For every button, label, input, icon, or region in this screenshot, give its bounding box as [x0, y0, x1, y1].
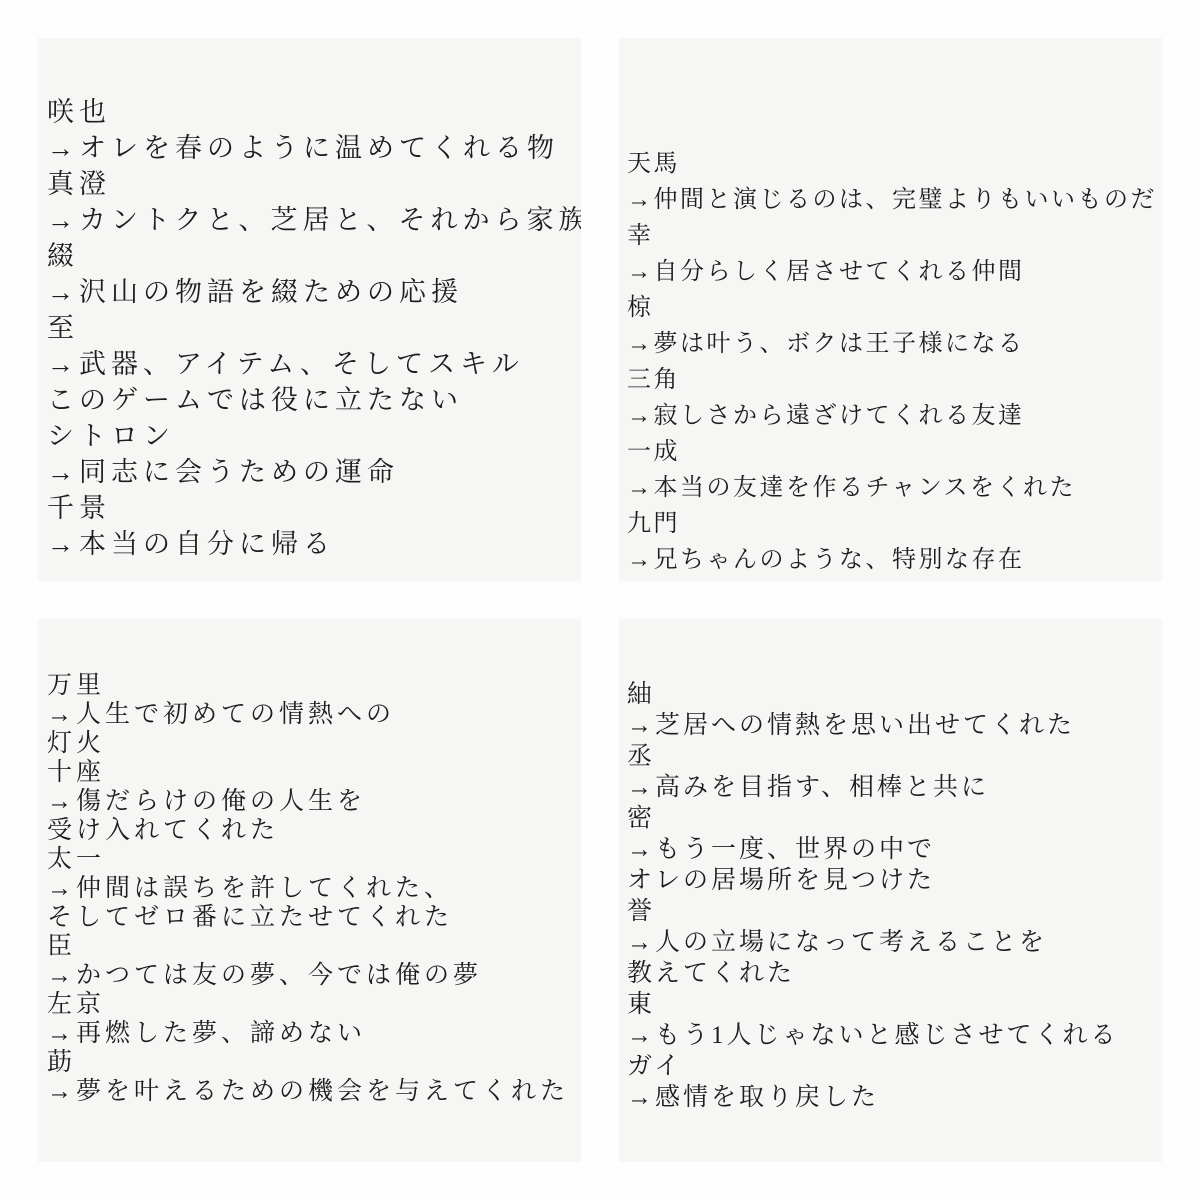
character-name: 千景 — [47, 490, 581, 526]
answer-line: →寂しさから遠ざけてくれる友達 — [627, 398, 1162, 434]
character-name: 臣 — [47, 932, 581, 961]
character-name: 万里 — [47, 671, 581, 700]
answer-line: →もう一度、世界の中で — [627, 834, 1162, 865]
answer-line: オレの居場所を見つけた — [627, 865, 1162, 896]
character-name: 至 — [47, 310, 581, 346]
answer-line: →再燃した夢、諦めない — [47, 1019, 581, 1048]
answer-line: 教えてくれた — [627, 958, 1162, 989]
character-name: ガイ — [627, 1051, 1162, 1082]
answer-line: →同志に会うための運命 — [47, 454, 581, 490]
character-name: 綴 — [47, 238, 581, 274]
answer-line: →カントクと、芝居と、それから家族 — [47, 202, 581, 238]
answer-line: →もう1人じゃないと感じさせてくれる — [627, 1020, 1162, 1051]
character-name: 密 — [627, 803, 1162, 834]
answer-line: →人生で初めての情熱への — [47, 700, 581, 729]
character-name: 十座 — [47, 758, 581, 787]
answer-line: →本当の友達を作るチャンスをくれた — [627, 470, 1162, 506]
answer-line: →沢山の物語を綴ための応援 — [47, 274, 581, 310]
character-name: 一成 — [627, 434, 1162, 470]
character-name: 莇 — [47, 1048, 581, 1077]
character-name: 誉 — [627, 896, 1162, 927]
panel-bottom-left: 万里 →人生で初めての情熱への 灯火 十座 →傷だらけの俺の人生を 受け入れてく… — [38, 619, 581, 1162]
answer-line: →芝居への情熱を思い出せてくれた — [627, 710, 1162, 741]
answer-line: →武器、アイテム、そしてスキル — [47, 346, 581, 382]
character-name: 紬 — [627, 679, 1162, 710]
answer-line: →夢は叶う、ボクは王子様になる — [627, 326, 1162, 362]
answer-line: 受け入れてくれた — [47, 816, 581, 845]
panel-top-left: 咲也 →オレを春のように温めてくれる物 真澄 →カントクと、芝居と、それから家族… — [38, 38, 581, 581]
character-name: 九門 — [627, 506, 1162, 542]
character-name: 左京 — [47, 990, 581, 1019]
answer-line: →兄ちゃんのような、特別な存在 — [627, 542, 1162, 578]
character-name: 真澄 — [47, 166, 581, 202]
answer-line: →かつては友の夢、今では俺の夢 — [47, 961, 581, 990]
character-name: 太一 — [47, 845, 581, 874]
answer-line: そしてゼロ番に立たせてくれた — [47, 903, 581, 932]
answer-line: →オレを春のように温めてくれる物 — [47, 130, 581, 166]
answer-line: →仲間は誤ちを許してくれた、 — [47, 874, 581, 903]
character-name: 三角 — [627, 362, 1162, 398]
answer-line: →高みを目指す、相棒と共に — [627, 772, 1162, 803]
answer-line: →仲間と演じるのは、完璧よりもいいものだ — [627, 182, 1162, 218]
answer-line: 灯火 — [47, 729, 581, 758]
answer-line: →自分らしく居させてくれる仲間 — [627, 254, 1162, 290]
answer-line: →感情を取り戻した — [627, 1082, 1162, 1113]
panel-top-right: 天馬 →仲間と演じるのは、完璧よりもいいものだ 幸 →自分らしく居させてくれる仲… — [619, 38, 1162, 581]
answer-line: このゲームでは役に立たない — [47, 382, 581, 418]
character-name: 天馬 — [627, 146, 1162, 182]
answer-line: →本当の自分に帰る — [47, 526, 581, 562]
answer-line: →傷だらけの俺の人生を — [47, 787, 581, 816]
character-name: 椋 — [627, 290, 1162, 326]
character-name: 東 — [627, 989, 1162, 1020]
character-name: シトロン — [47, 418, 581, 454]
character-name: 幸 — [627, 218, 1162, 254]
answer-line: →人の立場になって考えることを — [627, 927, 1162, 958]
character-name: 丞 — [627, 741, 1162, 772]
panel-bottom-right: 紬 →芝居への情熱を思い出せてくれた 丞 →高みを目指す、相棒と共に 密 →もう… — [619, 619, 1162, 1162]
answer-line: →夢を叶えるための機会を与えてくれた — [47, 1077, 581, 1106]
panel-grid: 咲也 →オレを春のように温めてくれる物 真澄 →カントクと、芝居と、それから家族… — [0, 0, 1200, 1200]
character-name: 咲也 — [47, 94, 581, 130]
